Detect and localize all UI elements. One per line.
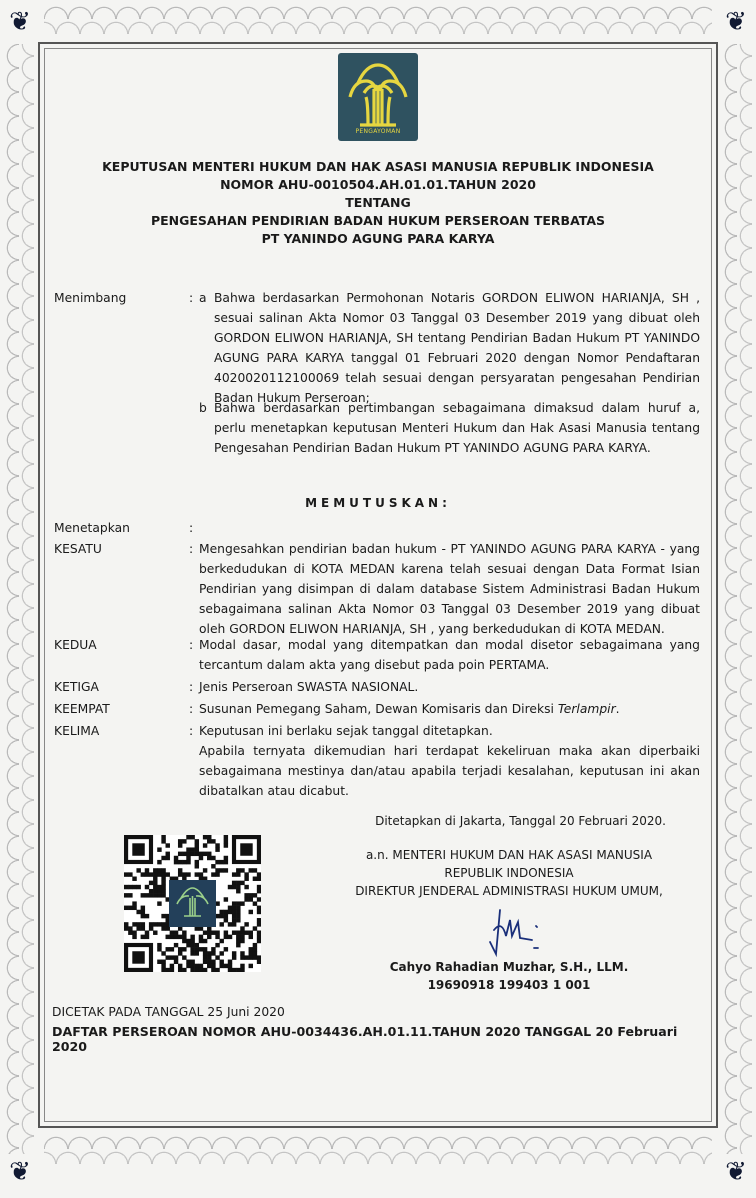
qr-logo-icon (169, 880, 216, 927)
item-letter: b (199, 398, 207, 418)
top-guilloche-border (44, 4, 712, 34)
colon: : (189, 518, 193, 538)
qr-code (124, 835, 261, 972)
decision-text: Susunan Pemegang Saham, Dewan Komisaris … (199, 702, 554, 716)
on-behalf-line: DIREKTUR JENDERAL ADMINISTRASI HUKUM UMU… (344, 882, 674, 900)
decision-text-end: . (616, 702, 620, 716)
decision-label: KESATU (54, 539, 174, 559)
colon: : (189, 635, 193, 655)
decision-text: Keputusan ini berlaku sejak tanggal dite… (199, 721, 700, 741)
corner-ornament-bottom-left-icon: ❦ (6, 1158, 34, 1186)
menimbang-label: Menimbang (54, 288, 174, 308)
title-line: TENTANG (44, 194, 712, 212)
signer-nip: 19690918 199403 1 001 (344, 976, 674, 994)
menetapkan-label: Menetapkan (54, 518, 174, 538)
decision-label: KETIGA (54, 677, 174, 697)
logo-caption: PENGAYOMAN (338, 128, 418, 135)
decree-title: KEPUTUSAN MENTERI HUKUM DAN HAK ASASI MA… (44, 158, 712, 248)
colon: : (189, 288, 193, 308)
menimbang-item-a: Bahwa berdasarkan Permohonan Notaris GOR… (214, 288, 700, 408)
right-guilloche-border (722, 44, 752, 1154)
decision-text-wrap: Susunan Pemegang Saham, Dewan Komisaris … (199, 699, 700, 719)
title-line: NOMOR AHU-0010504.AH.01.01.TAHUN 2020 (44, 176, 712, 194)
menimbang-item-b-row: b Bahwa berdasarkan pertimbangan sebagai… (54, 398, 700, 468)
registry-number: DAFTAR PERSEROAN NOMOR AHU-0034436.AH.01… (52, 1024, 712, 1054)
pengayoman-banyan-tree-icon: PENGAYOMAN (338, 53, 418, 141)
decision-text-2: Apabila ternyata dikemudian hari terdapa… (199, 741, 700, 801)
item-letter: a (199, 288, 207, 308)
on-behalf-line: REPUBLIK INDONESIA (344, 864, 674, 882)
bottom-guilloche-border (44, 1134, 712, 1164)
corner-ornament-top-left-icon: ❦ (6, 8, 34, 36)
decision-label: KEDUA (54, 635, 174, 655)
on-behalf-line: a.n. MENTERI HUKUM DAN HAK ASASI MANUSIA (344, 846, 674, 864)
place-date: Ditetapkan di Jakarta, Tanggal 20 Februa… (344, 812, 704, 830)
decision-text: Jenis Perseroan SWASTA NASIONAL. (199, 677, 700, 697)
decision-label: KEEMPAT (54, 699, 174, 719)
colon: : (189, 539, 193, 559)
left-guilloche-border (4, 44, 34, 1154)
corner-ornament-top-right-icon: ❦ (722, 8, 750, 36)
on-behalf-block: a.n. MENTERI HUKUM DAN HAK ASASI MANUSIA… (344, 846, 674, 994)
printed-date: DICETAK PADA TANGGAL 25 Juni 2020 (52, 1005, 285, 1019)
title-line: KEPUTUSAN MENTERI HUKUM DAN HAK ASASI MA… (44, 158, 712, 176)
decision-text: Modal dasar, modal yang ditempatkan dan … (199, 635, 700, 675)
decision-text-wrap: Keputusan ini berlaku sejak tanggal dite… (199, 721, 700, 801)
signature-block: Ditetapkan di Jakarta, Tanggal 20 Februa… (344, 812, 704, 994)
decision-label: KELIMA (54, 721, 174, 741)
title-line: PT YANINDO AGUNG PARA KARYA (44, 230, 712, 248)
title-line: PENGESAHAN PENDIRIAN BADAN HUKUM PERSERO… (44, 212, 712, 230)
signer-name: Cahyo Rahadian Muzhar, S.H., LLM. (344, 958, 674, 976)
decision-text-italic: Terlampir (558, 702, 616, 716)
colon: : (189, 677, 193, 697)
menimbang-item-b: Bahwa berdasarkan pertimbangan sebagaima… (214, 398, 700, 458)
corner-ornament-bottom-right-icon: ❦ (722, 1158, 750, 1186)
colon: : (189, 699, 193, 719)
decision-text: Mengesahkan pendirian badan hukum - PT Y… (199, 539, 700, 639)
handwritten-signature-icon (344, 900, 674, 958)
memutuskan-heading: MEMUTUSKAN: (44, 496, 712, 510)
colon: : (189, 721, 193, 741)
